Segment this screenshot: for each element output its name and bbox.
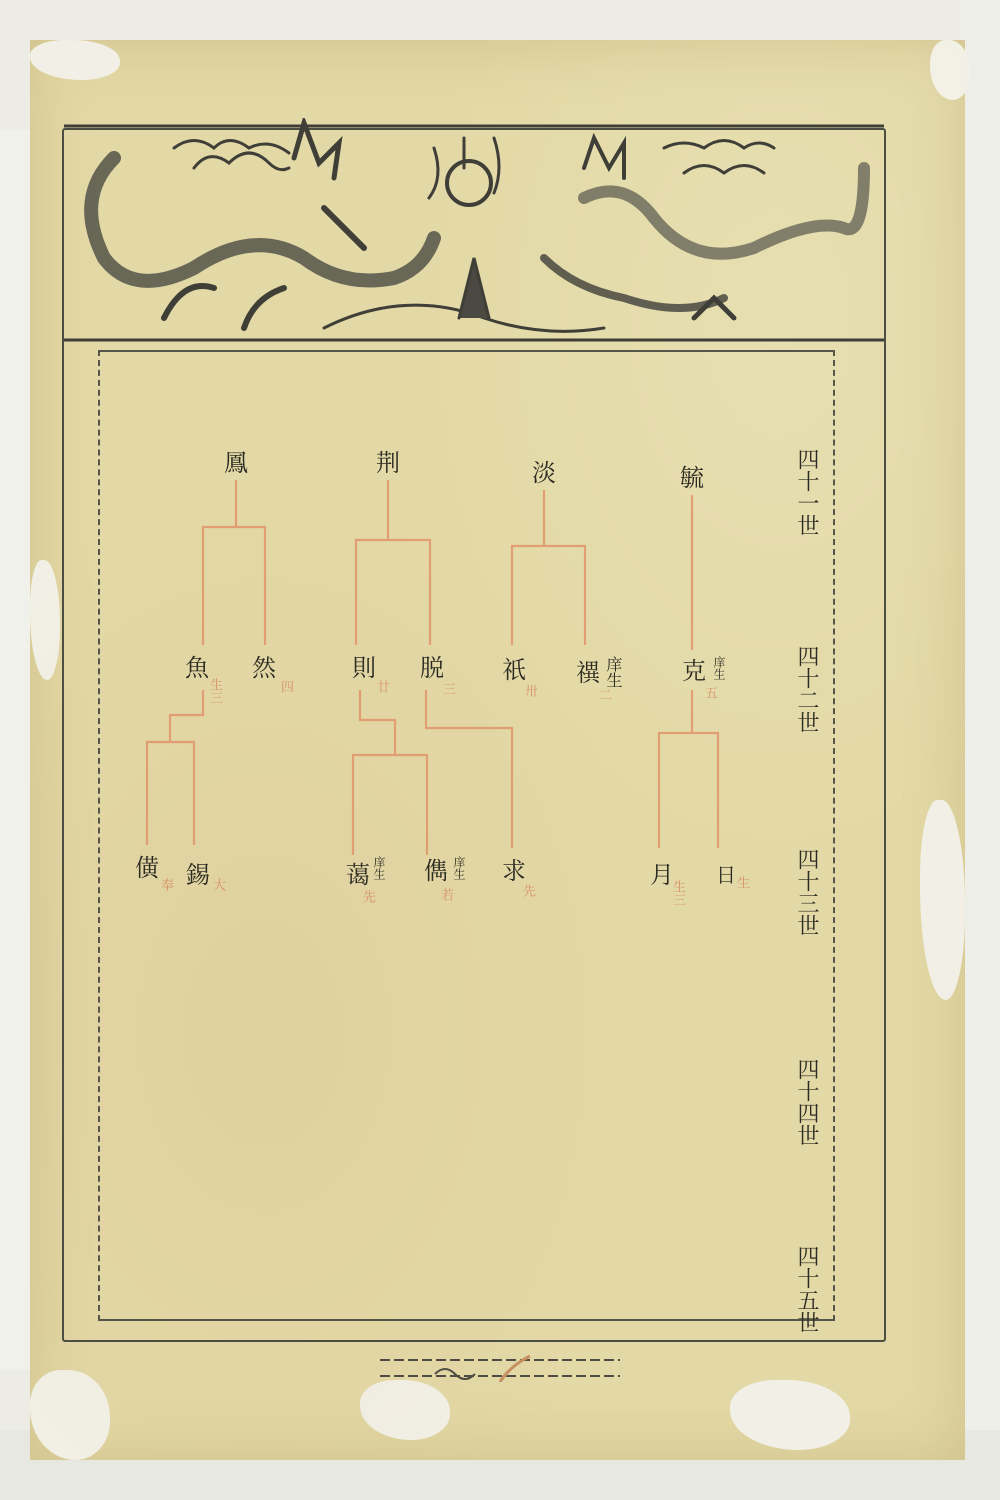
- generation-label-45: 四十五世: [782, 1245, 818, 1333]
- annotation-red: 五: [702, 686, 716, 699]
- annotation-xiangsheng: 庠生: [712, 656, 726, 680]
- chart-frame: [98, 350, 835, 1321]
- annotation-red: 先: [360, 890, 374, 903]
- annotation-red: 卅: [522, 684, 536, 697]
- generation-label-42: 四十二世: [782, 645, 818, 733]
- generation-label-43: 四十三世: [782, 848, 818, 936]
- annotation-red: 大: [210, 878, 224, 891]
- person-name: 僙: [135, 855, 159, 881]
- person-name: 克: [682, 658, 706, 684]
- person-name: 脱: [420, 655, 444, 681]
- person-name: 鳳: [224, 450, 248, 476]
- annotation-red: 三: [440, 682, 454, 695]
- person-name: 魚: [185, 655, 209, 681]
- paper-damage: [920, 800, 965, 1000]
- annotation-red: 生: [734, 876, 748, 889]
- person-name: 毓: [680, 465, 704, 491]
- annotation-red: 廿: [374, 680, 388, 693]
- paper-damage: [730, 1380, 850, 1450]
- annotation-red: 若: [438, 888, 452, 901]
- generation-label-41: 四十一世: [782, 448, 818, 536]
- annotation-red: 四: [278, 680, 292, 693]
- person-name: 求: [502, 858, 526, 884]
- person-name: 則: [352, 655, 376, 681]
- annotation-xiangsheng: 庠生: [604, 656, 622, 688]
- bottom-ornament-icon: [380, 1352, 620, 1382]
- backing-paper-left: [0, 130, 34, 1370]
- person-name: 淡: [532, 460, 556, 486]
- person-name: 蔼: [346, 862, 370, 888]
- annotation-red: 二: [596, 688, 610, 701]
- person-name: 錫: [186, 862, 210, 888]
- annotation-xiangsheng: 庠生: [452, 856, 466, 880]
- dragon-banner: [64, 118, 884, 350]
- annotation-red: 先: [520, 884, 534, 897]
- annotation-red: 生三: [670, 880, 684, 906]
- annotation-red: 奉: [158, 878, 172, 891]
- paper-damage: [30, 560, 60, 680]
- paper-damage: [930, 40, 970, 100]
- backing-paper-right: [960, 0, 1000, 1500]
- person-name: 祇: [502, 657, 526, 683]
- paper-damage: [30, 1370, 110, 1460]
- generation-label-44: 四十四世: [782, 1058, 818, 1146]
- person-name: 荆: [376, 450, 400, 476]
- annotation-xiangsheng: 庠生: [372, 856, 386, 880]
- person-name: 儁: [424, 858, 448, 884]
- dragon-illustration-icon: [64, 118, 884, 350]
- paper-damage: [30, 40, 120, 80]
- paper-damage: [360, 1380, 450, 1440]
- person-name: 日: [716, 862, 736, 888]
- person-name: 然: [252, 655, 276, 681]
- annotation-red: 生三: [207, 678, 221, 704]
- person-name: 禩: [576, 660, 600, 686]
